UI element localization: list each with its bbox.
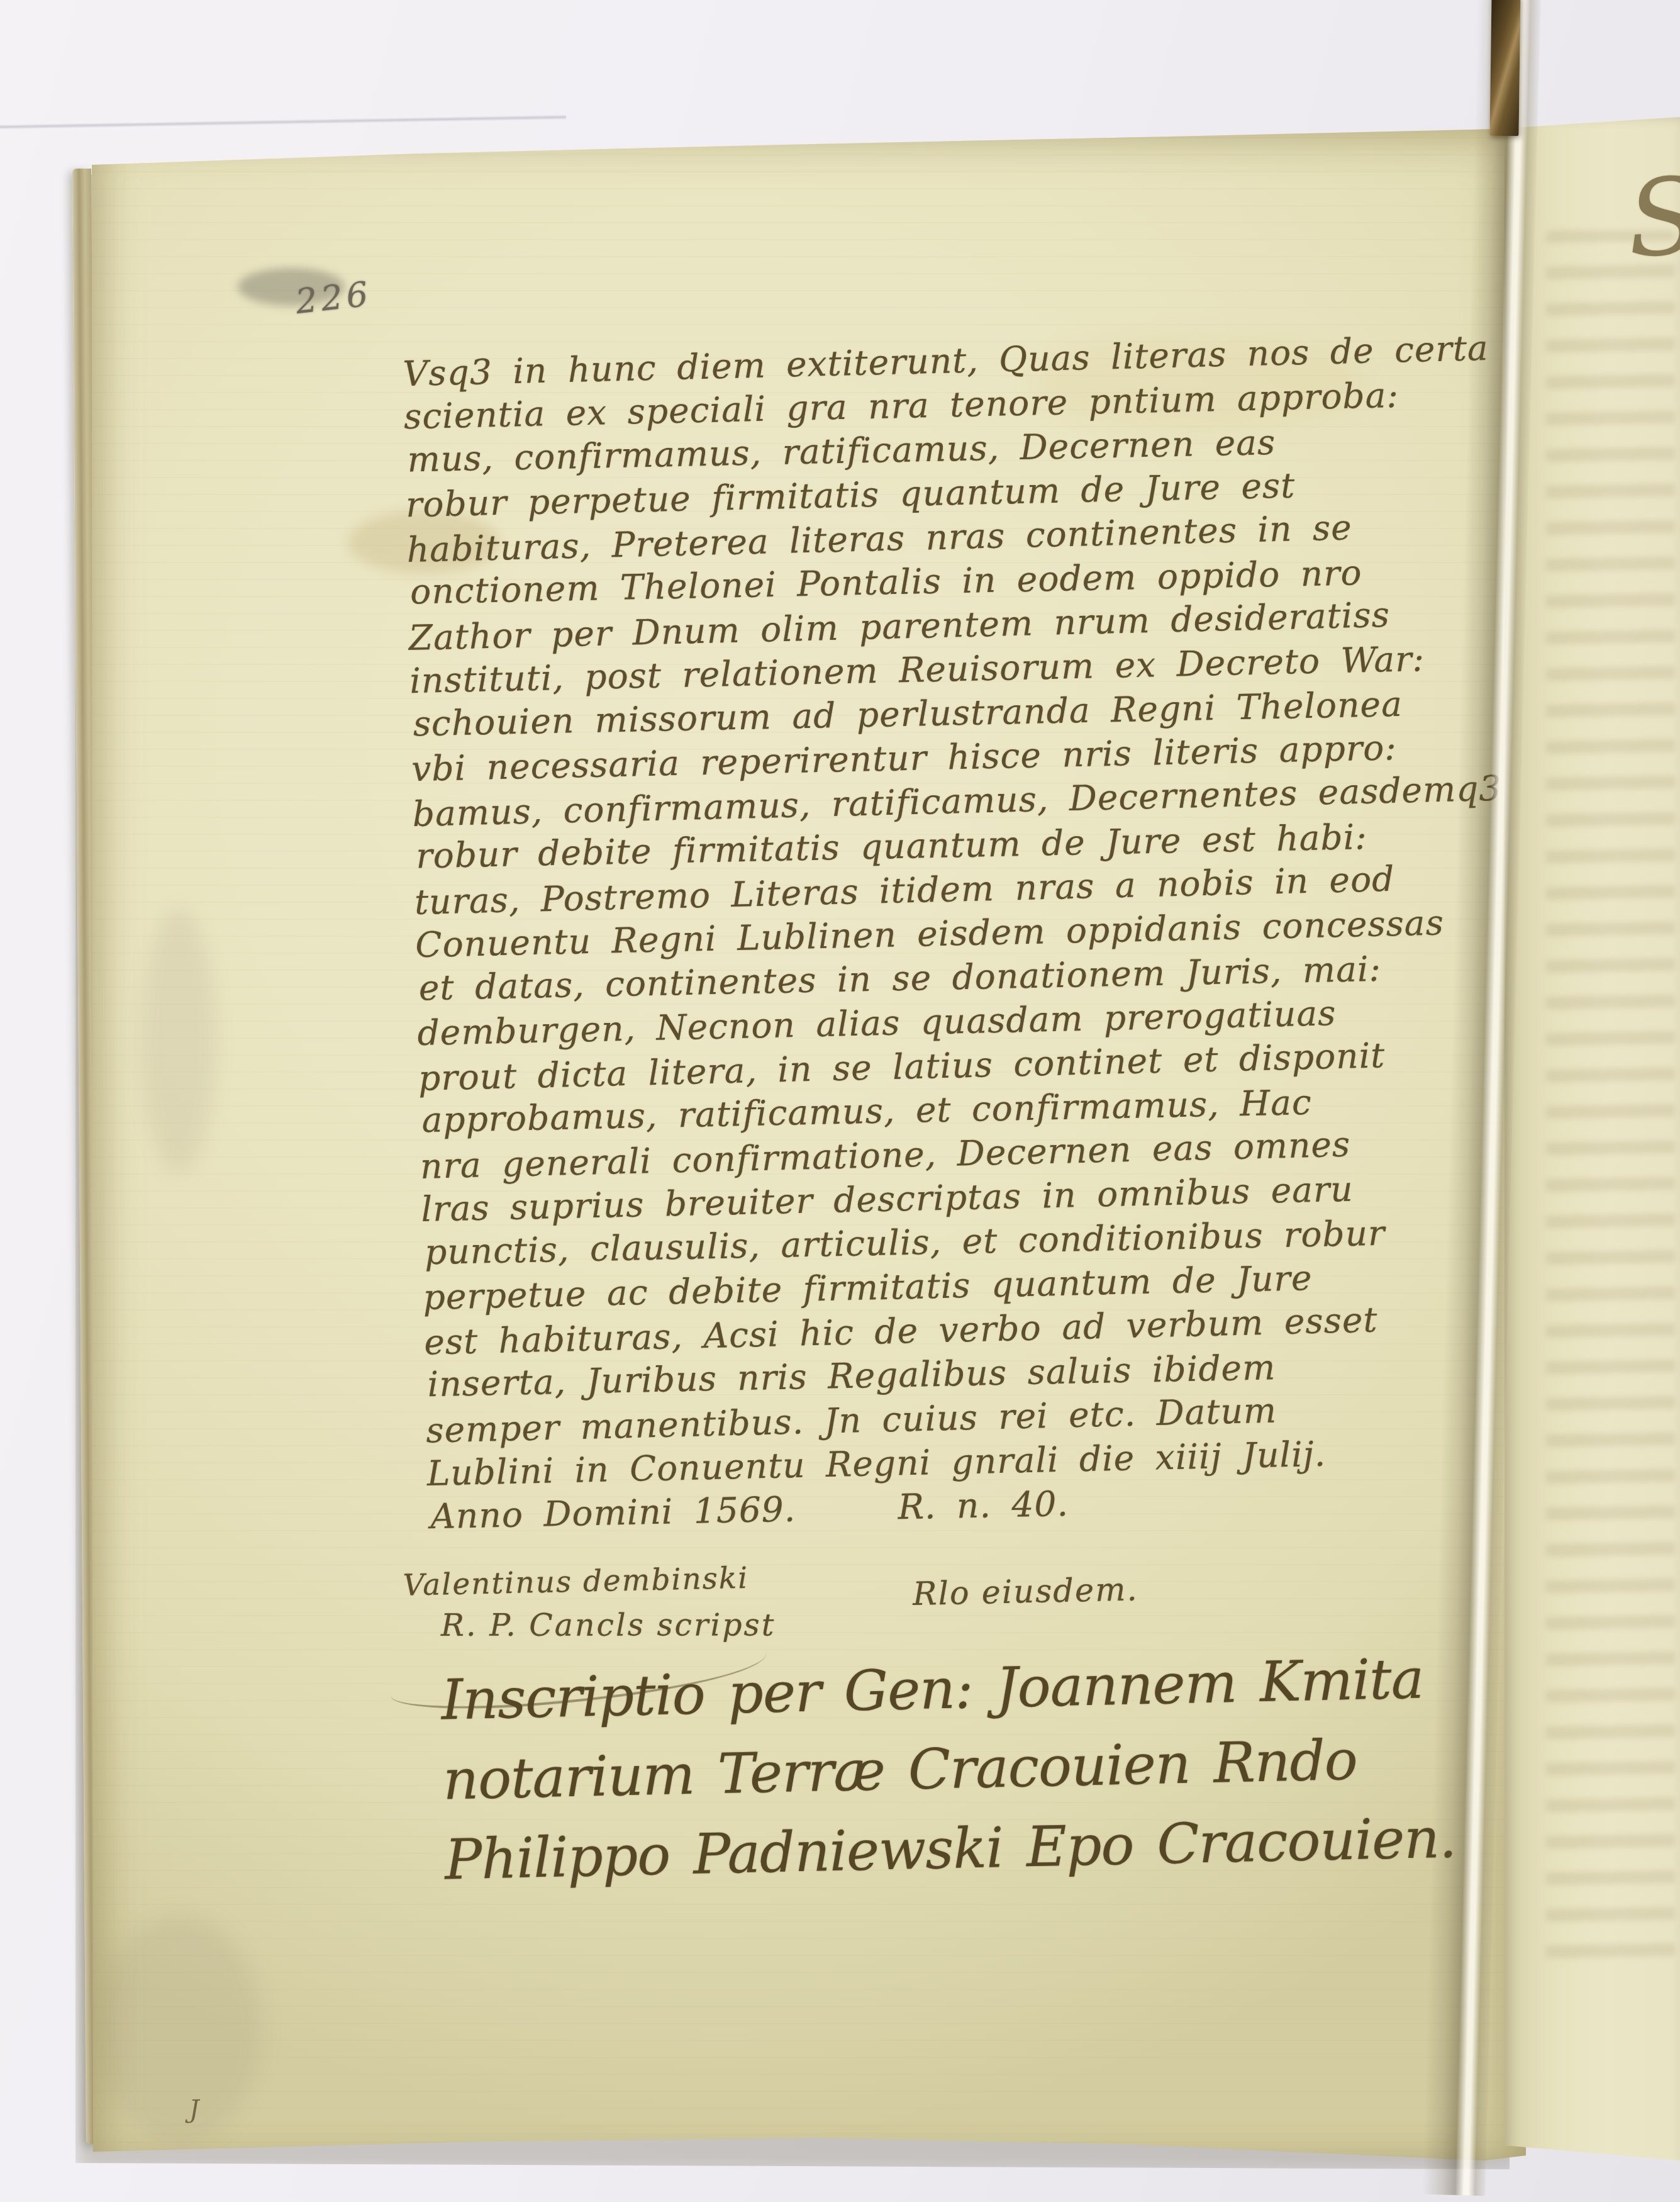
backing-sheet-crease bbox=[0, 115, 566, 130]
bleedthrough-text bbox=[1546, 230, 1675, 1979]
adjacent-page-edge: S bbox=[1505, 117, 1680, 2177]
bookmark-ribbon bbox=[1489, 0, 1520, 136]
inscription-block: Inscriptio per Gen: Joannem Kmita notari… bbox=[440, 1636, 1552, 1899]
scanned-book-spread: 226 Vsq3 in hunc diem extiterunt, Quas l… bbox=[0, 0, 1680, 2202]
handwritten-text-area: 226 Vsq3 in hunc diem extiterunt, Quas l… bbox=[92, 97, 1570, 2176]
manuscript-page: 226 Vsq3 in hunc diem extiterunt, Quas l… bbox=[92, 128, 1526, 2177]
signature-left-name: Valentinus dembinski bbox=[403, 1561, 749, 1603]
folio-number: 226 bbox=[294, 274, 374, 321]
signature-right-relatio: Rlo eiusdem. bbox=[913, 1571, 1139, 1613]
adjacent-page-initial: S bbox=[1625, 163, 1680, 272]
stray-ink-mark: J bbox=[189, 2095, 199, 2124]
body-text-block: Vsq3 in hunc diem extiterunt, Quas liter… bbox=[403, 326, 1560, 1540]
